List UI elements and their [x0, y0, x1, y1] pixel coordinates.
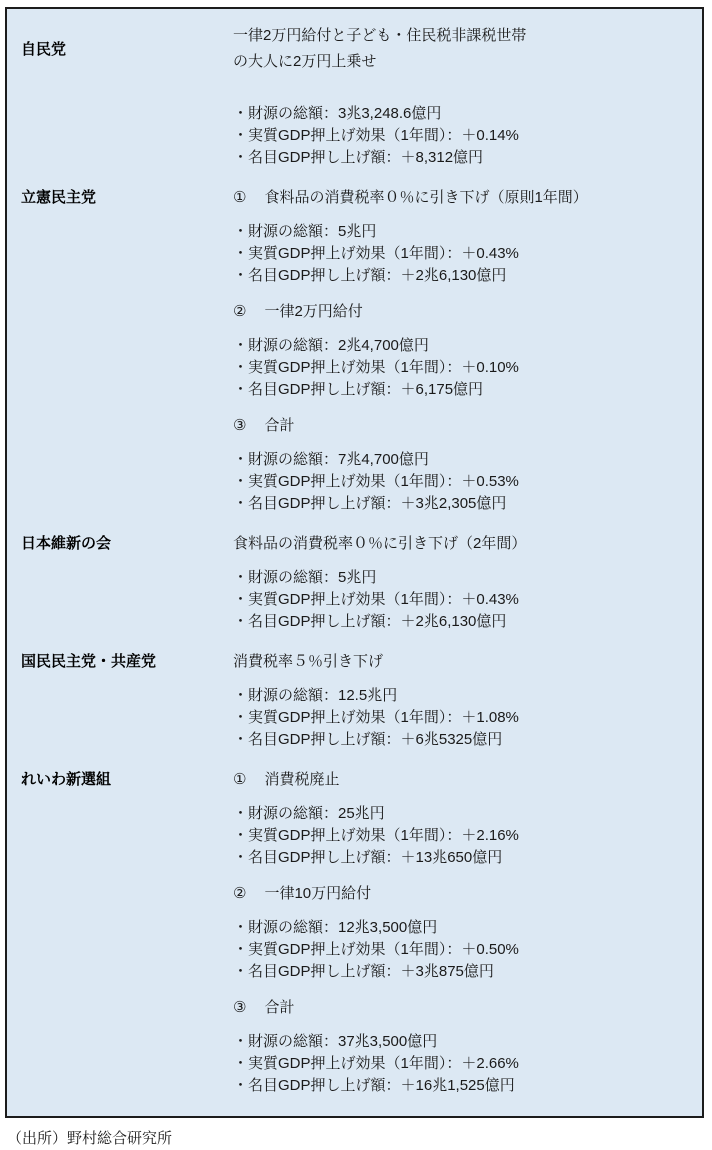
nominal-gdp-amount-line: ・名目GDP押し上げ額：＋6,175億円 [233, 379, 690, 401]
real-gdp-effect-line: ・実質GDP押上げ効果（1年間）：＋0.10% [233, 357, 690, 379]
policy-title-line: 合計 [264, 999, 294, 1016]
real-gdp-effect-line: ・実質GDP押上げ効果（1年間）：＋0.50% [233, 939, 690, 961]
effect-bullets: ・財源の総額：37兆3,500億円 ・実質GDP押上げ効果（1年間）：＋2.66… [233, 1031, 690, 1097]
nominal-gdp-amount-line: ・名目GDP押し上げ額：＋3兆875億円 [233, 961, 690, 983]
effect-bullets: ・財源の総額：5兆円 ・実質GDP押上げ効果（1年間）：＋0.43% ・名目GD… [233, 567, 690, 633]
policy-number: ③ [233, 999, 246, 1016]
funding-total-line: ・財源の総額：3兆3,248.6億円 [233, 103, 690, 125]
nominal-gdp-amount-line: ・名目GDP押し上げ額：＋2兆6,130億円 [233, 611, 690, 633]
effect-bullets: ・財源の総額：2兆4,700億円 ・実質GDP押上げ効果（1年間）：＋0.10%… [233, 335, 690, 401]
policy-comparison-table: 自民党 一律2万円給付と子ども・住民税非課税世帯 の大人に2万円上乗せ ・財源の… [5, 7, 704, 1118]
policy-title-line: 食料品の消費税率０％に引き下げ（原則1年間） [264, 189, 587, 206]
row-content: 一律2万円給付と子ども・住民税非課税世帯 の大人に2万円上乗せ ・財源の総額：3… [233, 23, 690, 169]
policy-title: ③合計 [233, 997, 690, 1019]
real-gdp-effect-line: ・実質GDP押上げ効果（1年間）：＋2.16% [233, 825, 690, 847]
policy-title-line: 合計 [264, 417, 294, 434]
funding-total-line: ・財源の総額：2兆4,700億円 [233, 335, 690, 357]
funding-total-line: ・財源の総額：5兆円 [233, 567, 690, 589]
policy-title: 食料品の消費税率０％に引き下げ（2年間） [233, 533, 690, 555]
real-gdp-effect-line: ・実質GDP押上げ効果（1年間）：＋0.43% [233, 589, 690, 611]
real-gdp-effect-line: ・実質GDP押上げ効果（1年間）：＋0.53% [233, 471, 690, 493]
effect-bullets: ・財源の総額：5兆円 ・実質GDP押上げ効果（1年間）：＋0.43% ・名目GD… [233, 221, 690, 287]
policy-title-line: 食料品の消費税率０％に引き下げ（2年間） [233, 533, 690, 555]
real-gdp-effect-line: ・実質GDP押上げ効果（1年間）：＋0.14% [233, 125, 690, 147]
policy-title-line: の大人に2万円上乗せ [233, 49, 690, 75]
table-row: 自民党 一律2万円給付と子ども・住民税非課税世帯 の大人に2万円上乗せ ・財源の… [7, 23, 690, 169]
policy-number: ② [233, 885, 246, 902]
policy-title-line: 消費税廃止 [264, 771, 339, 788]
effect-bullets: ・財源の総額：12兆3,500億円 ・実質GDP押上げ効果（1年間）：＋0.50… [233, 917, 690, 983]
nominal-gdp-amount-line: ・名目GDP押し上げ額：＋6兆5325億円 [233, 729, 690, 751]
policy-title-line: 一律10万円給付 [264, 885, 371, 902]
policy-title: ②一律10万円給付 [233, 883, 690, 905]
table-row: 日本維新の会 食料品の消費税率０％に引き下げ（2年間） ・財源の総額：5兆円 ・… [7, 533, 690, 633]
nominal-gdp-amount-line: ・名目GDP押し上げ額：＋3兆2,305億円 [233, 493, 690, 515]
funding-total-line: ・財源の総額：12.5兆円 [233, 685, 690, 707]
nominal-gdp-amount-line: ・名目GDP押し上げ額：＋16兆1,525億円 [233, 1075, 690, 1097]
funding-total-line: ・財源の総額：25兆円 [233, 803, 690, 825]
real-gdp-effect-line: ・実質GDP押上げ効果（1年間）：＋0.43% [233, 243, 690, 265]
effect-bullets: ・財源の総額：7兆4,700億円 ・実質GDP押上げ効果（1年間）：＋0.53%… [233, 449, 690, 515]
policy-title: ①食料品の消費税率０％に引き下げ（原則1年間） [233, 187, 690, 209]
policy-number: ① [233, 189, 246, 206]
funding-total-line: ・財源の総額：12兆3,500億円 [233, 917, 690, 939]
policy-title: ②一律2万円給付 [233, 301, 690, 323]
party-name: 立憲民主党 [7, 187, 233, 515]
policy-number: ① [233, 771, 246, 788]
row-content: 消費税率５％引き下げ ・財源の総額：12.5兆円 ・実質GDP押上げ効果（1年間… [233, 651, 690, 751]
funding-total-line: ・財源の総額：5兆円 [233, 221, 690, 243]
effect-bullets: ・財源の総額：3兆3,248.6億円 ・実質GDP押上げ効果（1年間）：＋0.1… [233, 103, 690, 169]
policy-number: ③ [233, 417, 246, 434]
real-gdp-effect-line: ・実質GDP押上げ効果（1年間）：＋1.08% [233, 707, 690, 729]
policy-title-line: 消費税率５％引き下げ [233, 651, 690, 673]
party-name: 日本維新の会 [7, 533, 233, 633]
party-name: れいわ新選組 [7, 769, 233, 1097]
policy-title-line: 一律2万円給付と子ども・住民税非課税世帯 [233, 23, 690, 49]
real-gdp-effect-line: ・実質GDP押上げ効果（1年間）：＋2.66% [233, 1053, 690, 1075]
source-note: （出所）野村総合研究所 [7, 1127, 172, 1148]
funding-total-line: ・財源の総額：37兆3,500億円 [233, 1031, 690, 1053]
table-row: れいわ新選組 ①消費税廃止 ・財源の総額：25兆円 ・実質GDP押上げ効果（1年… [7, 769, 690, 1097]
effect-bullets: ・財源の総額：25兆円 ・実質GDP押上げ効果（1年間）：＋2.16% ・名目G… [233, 803, 690, 869]
policy-title: 消費税率５％引き下げ [233, 651, 690, 673]
table-row: 立憲民主党 ①食料品の消費税率０％に引き下げ（原則1年間） ・財源の総額：5兆円… [7, 187, 690, 515]
funding-total-line: ・財源の総額：7兆4,700億円 [233, 449, 690, 471]
nominal-gdp-amount-line: ・名目GDP押し上げ額：＋2兆6,130億円 [233, 265, 690, 287]
table-row: 国民民主党・共産党 消費税率５％引き下げ ・財源の総額：12.5兆円 ・実質GD… [7, 651, 690, 751]
policy-title: ③合計 [233, 415, 690, 437]
policy-number: ② [233, 303, 246, 320]
row-content: ①消費税廃止 ・財源の総額：25兆円 ・実質GDP押上げ効果（1年間）：＋2.1… [233, 769, 690, 1097]
effect-bullets: ・財源の総額：12.5兆円 ・実質GDP押上げ効果（1年間）：＋1.08% ・名… [233, 685, 690, 751]
nominal-gdp-amount-line: ・名目GDP押し上げ額：＋8,312億円 [233, 147, 690, 169]
policy-title-line: 一律2万円給付 [264, 303, 362, 320]
row-content: 食料品の消費税率０％に引き下げ（2年間） ・財源の総額：5兆円 ・実質GDP押上… [233, 533, 690, 633]
policy-title: ①消費税廃止 [233, 769, 690, 791]
nominal-gdp-amount-line: ・名目GDP押し上げ額：＋13兆650億円 [233, 847, 690, 869]
policy-title: 一律2万円給付と子ども・住民税非課税世帯 の大人に2万円上乗せ [233, 23, 690, 75]
row-content: ①食料品の消費税率０％に引き下げ（原則1年間） ・財源の総額：5兆円 ・実質GD… [233, 187, 690, 515]
party-name: 自民党 [7, 23, 233, 169]
party-name: 国民民主党・共産党 [7, 651, 233, 751]
